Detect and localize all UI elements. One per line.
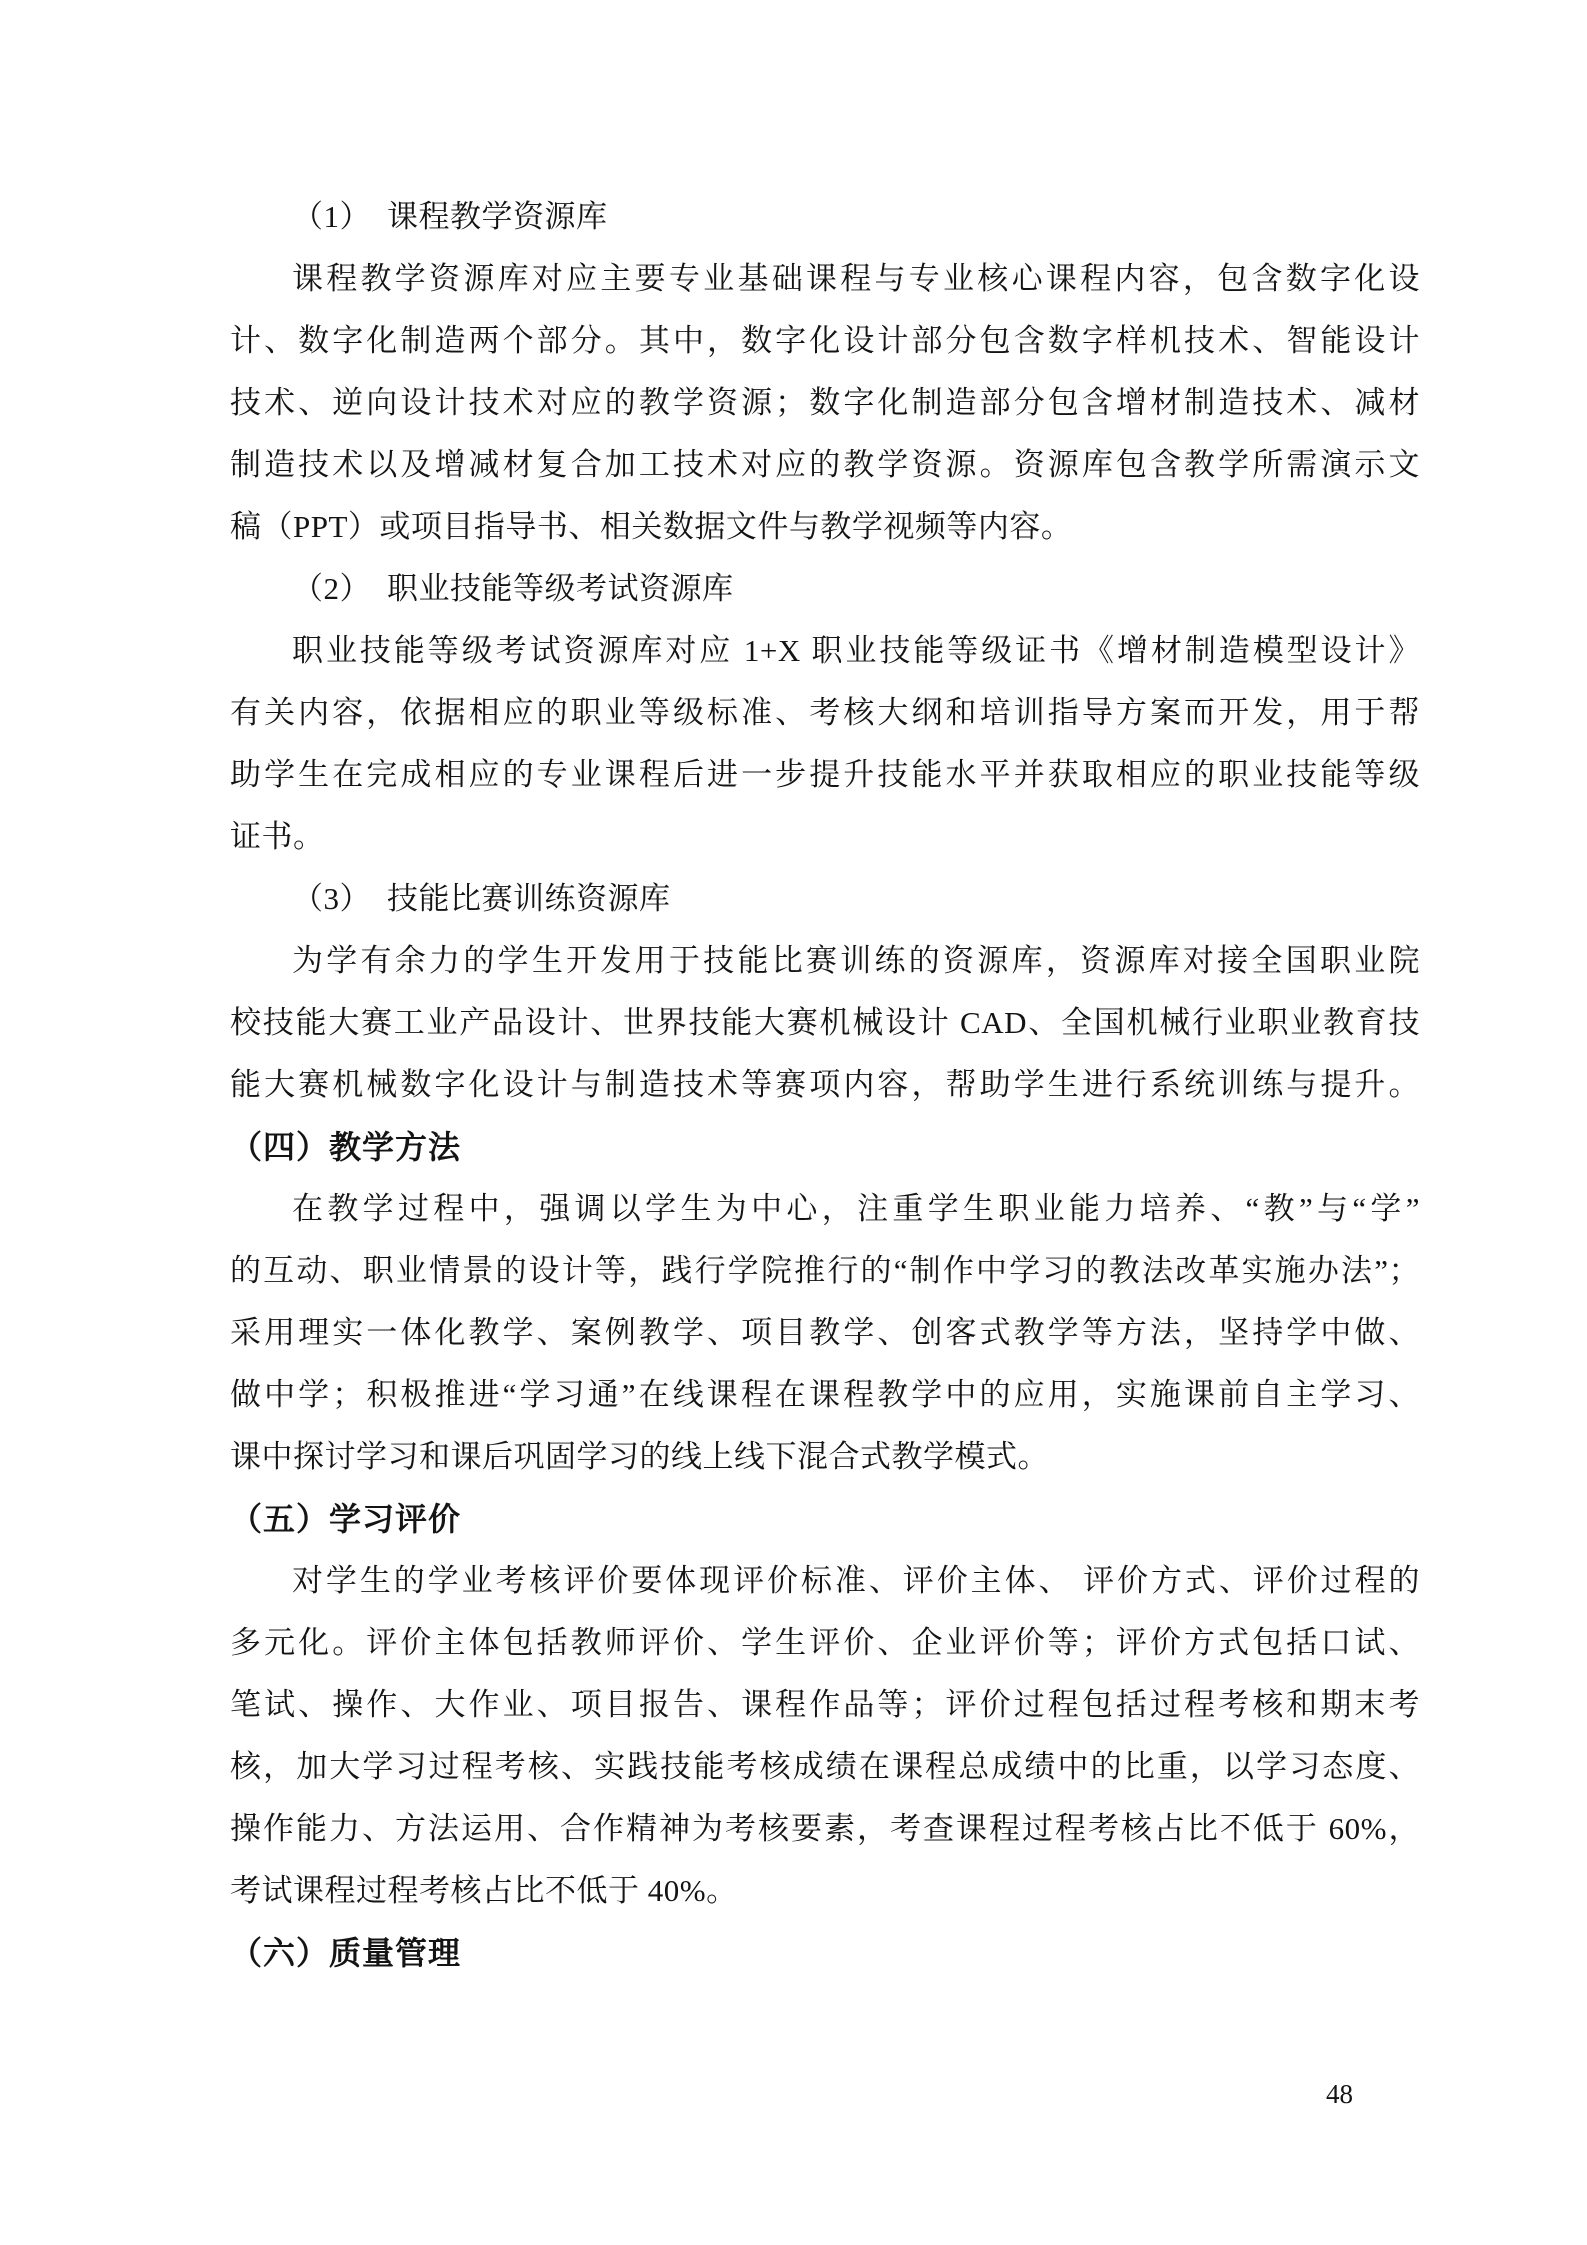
- numbered-item-heading: （2） 职业技能等级考试资源库: [230, 558, 1420, 620]
- paragraph-line: 职业技能等级考试资源库对应 1+X 职业技能等级证书《增材制造模型设计》: [230, 620, 1420, 682]
- numbered-item-heading: （1） 课程教学资源库: [230, 186, 1420, 248]
- paragraph-line: 有关内容，依据相应的职业等级标准、考核大纲和培训指导方案而开发，用于帮: [230, 682, 1420, 744]
- section-heading: （四）教学方法: [230, 1116, 1420, 1178]
- paragraph-line: 操作能力、方法运用、合作精神为考核要素，考查课程过程考核占比不低于 60%，: [230, 1798, 1420, 1860]
- paragraph-line: 做中学；积极推进“学习通”在线课程在课程教学中的应用，实施课前自主学习、: [230, 1364, 1420, 1426]
- paragraph-line: 多元化。评价主体包括教师评价、学生评价、企业评价等；评价方式包括口试、: [230, 1612, 1420, 1674]
- paragraph-line: 助学生在完成相应的专业课程后进一步提升技能水平并获取相应的职业技能等级: [230, 744, 1420, 806]
- paragraph-line: 笔试、操作、大作业、项目报告、课程作品等；评价过程包括过程考核和期末考: [230, 1674, 1420, 1736]
- paragraph-line: 稿（PPT）或项目指导书、相关数据文件与教学视频等内容。: [230, 496, 1420, 558]
- paragraph-line: 对学生的学业考核评价要体现评价标准、评价主体、 评价方式、评价过程的: [230, 1550, 1420, 1612]
- paragraph-line: 证书。: [230, 806, 1420, 868]
- document-content: （1） 课程教学资源库课程教学资源库对应主要专业基础课程与专业核心课程内容，包含…: [230, 186, 1420, 1984]
- paragraph-line: 校技能大赛工业产品设计、世界技能大赛机械设计 CAD、全国机械行业职业教育技: [230, 992, 1420, 1054]
- paragraph-line: 计、数字化制造两个部分。其中，数字化设计部分包含数字样机技术、智能设计: [230, 310, 1420, 372]
- paragraph-line: 采用理实一体化教学、案例教学、项目教学、创客式教学等方法，坚持学中做、: [230, 1302, 1420, 1364]
- document-page: （1） 课程教学资源库课程教学资源库对应主要专业基础课程与专业核心课程内容，包含…: [0, 0, 1587, 2245]
- section-heading: （五）学习评价: [230, 1488, 1420, 1550]
- paragraph-line: 在教学过程中，强调以学生为中心，注重学生职业能力培养、“教”与“学”: [230, 1178, 1420, 1240]
- page-number: 48: [1326, 2076, 1353, 2112]
- paragraph-line: 核，加大学习过程考核、实践技能考核成绩在课程总成绩中的比重，以学习态度、: [230, 1736, 1420, 1798]
- numbered-item-heading: （3） 技能比赛训练资源库: [230, 868, 1420, 930]
- paragraph-line: 课中探讨学习和课后巩固学习的线上线下混合式教学模式。: [230, 1426, 1420, 1488]
- paragraph-line: 能大赛机械数字化设计与制造技术等赛项内容，帮助学生进行系统训练与提升。: [230, 1054, 1420, 1116]
- paragraph-line: 制造技术以及增减材复合加工技术对应的教学资源。资源库包含教学所需演示文: [230, 434, 1420, 496]
- paragraph-line: 技术、逆向设计技术对应的教学资源；数字化制造部分包含增材制造技术、减材: [230, 372, 1420, 434]
- section-heading: （六）质量管理: [230, 1922, 1420, 1984]
- paragraph-line: 考试课程过程考核占比不低于 40%。: [230, 1860, 1420, 1922]
- paragraph-line: 课程教学资源库对应主要专业基础课程与专业核心课程内容，包含数字化设: [230, 248, 1420, 310]
- paragraph-line: 为学有余力的学生开发用于技能比赛训练的资源库，资源库对接全国职业院: [230, 930, 1420, 992]
- paragraph-line: 的互动、职业情景的设计等，践行学院推行的“制作中学习的教法改革实施办法”；: [230, 1240, 1420, 1302]
